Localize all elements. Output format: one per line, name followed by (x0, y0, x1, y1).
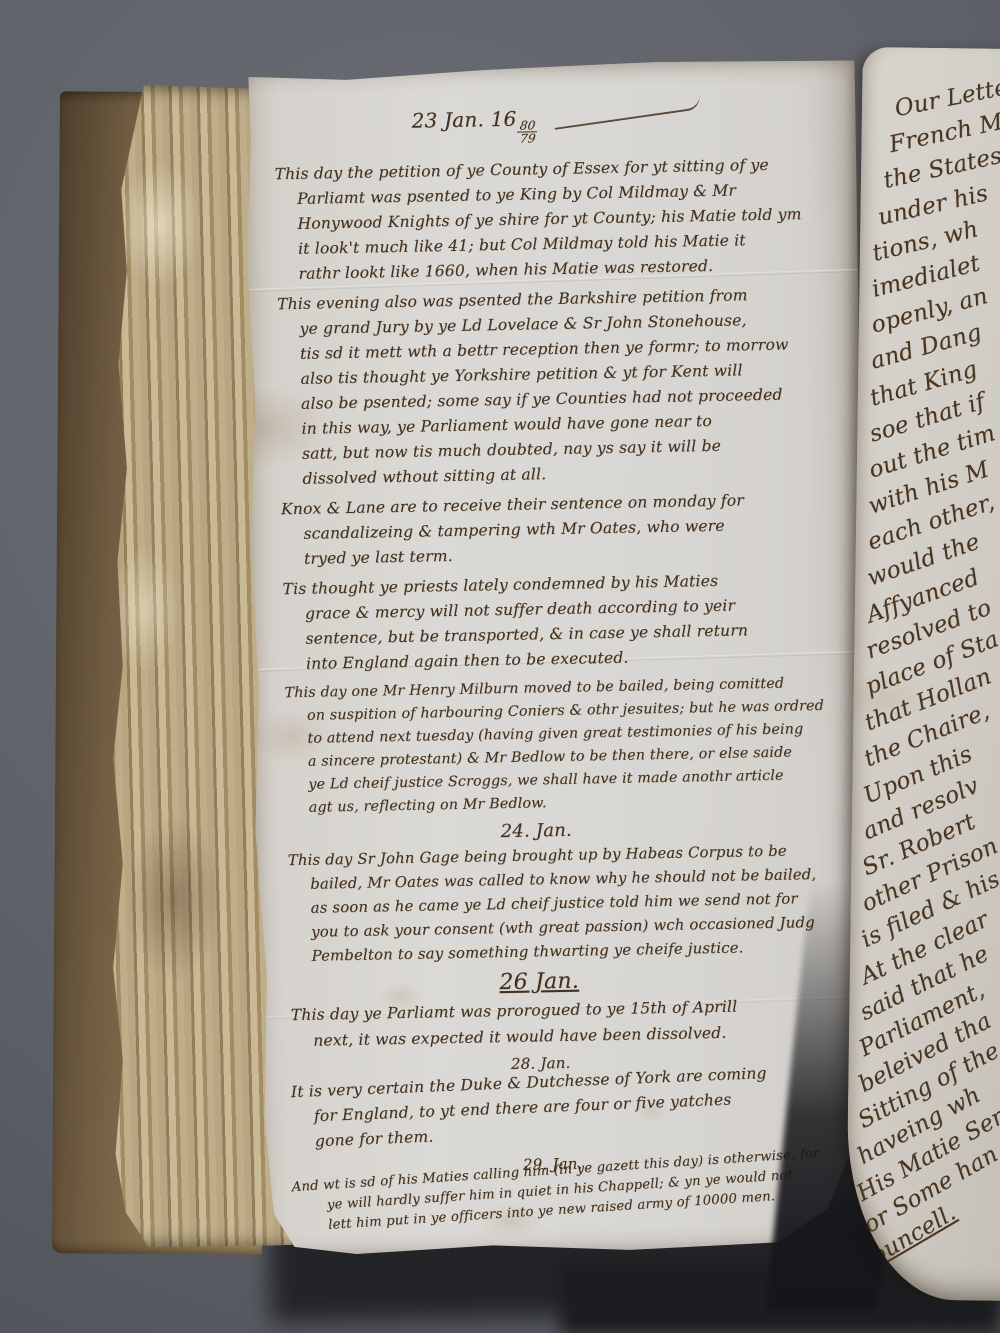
diary-paragraph: Tis thought ye priests lately condemned … (282, 566, 842, 677)
left-page: 23 Jan. 168079 This day the petition of … (235, 58, 878, 1262)
page-content: 23 Jan. 168079 This day the petition of … (235, 58, 877, 1239)
photo-scene: 23 Jan. 168079 This day the petition of … (0, 0, 1000, 1333)
diary-paragraph: This day Sr John Gage being brought up b… (288, 838, 848, 969)
entries: This day the petition of ye County of Es… (274, 152, 853, 1239)
entry-date-heading: 23 Jan. 168079 (411, 101, 832, 148)
diary-paragraph: This day the petition of ye County of Es… (274, 152, 834, 288)
diary-paragraph: This evening also was psented the Barksh… (277, 282, 839, 493)
diary-paragraph: This day one Mr Henry Milburn moved to b… (284, 671, 845, 820)
date-century: 16 (490, 107, 516, 131)
diary-paragraph: This day ye Parliamt was prorogued to ye… (291, 991, 850, 1054)
fragments: Our LettersFrench Mthe States,under hist… (845, 47, 1000, 1287)
right-page: Our LettersFrench Mthe States,under hist… (845, 47, 1000, 1301)
diary-paragraph: Knox & Lane are to receive their sentenc… (281, 486, 840, 572)
date-day-month: 23 Jan. (411, 107, 484, 132)
date-dual-year: 8079 (517, 119, 537, 145)
date-year-old-style: 79 (517, 133, 538, 146)
underline-flourish (553, 95, 701, 130)
